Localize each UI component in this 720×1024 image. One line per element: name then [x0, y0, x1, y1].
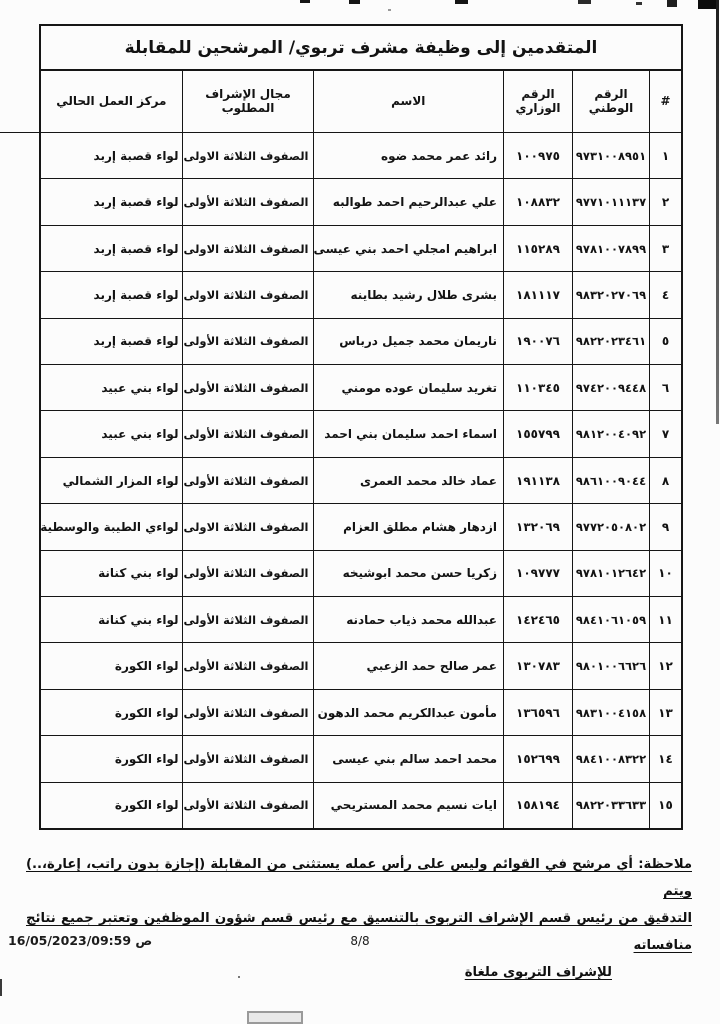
cell-ministry-id: ١١٥٢٨٩: [504, 226, 572, 272]
cell-supervision-field: الصفوف الثلاثة الأولى: [183, 458, 312, 504]
cell-supervision-field: الصفوف الثلاثة الأولى: [183, 643, 312, 689]
cell-supervision-field: الصفوف الثلاثة الأولى: [183, 319, 312, 365]
cell-ministry-id: ١٣٢٠٦٩: [504, 504, 572, 550]
cell-national-id: ٩٨٤١٠٠٨٣٢٢: [573, 736, 649, 782]
header-ministry-id: الرقم الوزاري: [504, 71, 572, 133]
cell-supervision-field: الصفوف الثلاثة الأولى: [183, 783, 312, 828]
note-line-3: للإشراف التربوى ملغاة: [26, 959, 692, 986]
cell-name: اسماء احمد سليمان بني احمد: [314, 411, 504, 457]
cell-index: ٩: [650, 504, 681, 550]
cell-work-center: لواء الكورة: [40, 690, 182, 736]
cell-work-center: لواء بني كنانة: [40, 597, 182, 643]
cell-index: ١٤: [650, 736, 681, 782]
cell-ministry-id: ١٣٠٧٨٣: [504, 643, 572, 689]
cell-index: ٥: [650, 319, 681, 365]
scan-artifact: [716, 0, 719, 424]
cell-index: ١١: [650, 597, 681, 643]
cell-ministry-id: ١١٠٣٤٥: [504, 365, 572, 411]
note-line-1: ملاحظة: أي مرشح في القوائم وليس على رأس …: [26, 851, 692, 905]
cell-national-id: ٩٨٤١٠٦١٠٥٩: [573, 597, 649, 643]
column-work-center: مركز العمل الحالي لواء قصبة إربدلواء قصب…: [39, 71, 182, 828]
cell-supervision-field: الصفوف الثلاثة الأولى: [183, 690, 312, 736]
cell-index: ١٣: [650, 690, 681, 736]
scan-artifact: [698, 0, 716, 9]
cell-supervision-field: الصفوف الثلاثة الاولى: [183, 272, 312, 318]
cell-ministry-id: ١٩١١٣٨: [504, 458, 572, 504]
cell-name: ايات نسيم محمد المستريحي: [314, 783, 504, 828]
column-national-id-cells: ٩٧٣١٠٠٨٩٥١٩٧٧١٠١١١٣٧٩٧٨١٠٠٧٨٩٩٩٨٣٢٠٢٧٠٦٩…: [573, 133, 649, 828]
column-index-cells: ١٢٣٤٥٦٧٨٩١٠١١١٢١٣١٤١٥: [650, 133, 681, 828]
cell-name: محمد احمد سالم بني عيسى: [314, 736, 504, 782]
cell-ministry-id: ١٥٢٦٩٩: [504, 736, 572, 782]
cell-name: ابراهيم امجلي احمد بني عيسى: [314, 226, 504, 272]
cell-work-center: لواء قصبة إربد: [40, 179, 182, 225]
applicants-table: المتقدمين إلى وظيفة مشرف تربوي/ المرشحين…: [39, 24, 683, 830]
column-supervision-field-cells: الصفوف الثلاثة الاولىالصفوف الثلاثة الأو…: [183, 133, 312, 828]
cell-index: ٤: [650, 272, 681, 318]
cell-supervision-field: الصفوف الثلاثة الأولى: [183, 411, 312, 457]
header-interview-date: تاريخ المقابلة: [0, 71, 39, 133]
cell-supervision-field: الصفوف الثلاثة الاولى: [183, 226, 312, 272]
column-supervision-field: مجال الإشراف المطلوب الصفوف الثلاثة الاو…: [182, 71, 312, 828]
column-interview-date: تاريخ المقابلة الثلاثاء ٦-٠٦-٢٠٢٣: [0, 71, 39, 828]
scan-artifact: [455, 0, 468, 4]
cell-national-id: ٩٧٤٢٠٠٩٤٤٨: [573, 365, 649, 411]
cell-work-center: لواء الكورة: [40, 736, 182, 782]
cell-ministry-id: ١٠٩٧٧٧: [504, 551, 572, 597]
cell-national-id: ٩٧٣١٠٠٨٩٥١: [573, 133, 649, 179]
cell-national-id: ٩٨٣٢٠٢٧٠٦٩: [573, 272, 649, 318]
scan-artifact: [388, 9, 391, 11]
cell-supervision-field: الصفوف الثلاثة الأولى: [183, 365, 312, 411]
cell-supervision-field: الصفوف الثلاثة الأولى: [183, 551, 312, 597]
table-body: # ١٢٣٤٥٦٧٨٩١٠١١١٢١٣١٤١٥ الرقم الوطني ٩٧٣…: [41, 71, 681, 828]
column-ministry-id-cells: ١٠٠٩٧٥١٠٨٨٣٢١١٥٢٨٩١٨١١١٧١٩٠٠٧٦١١٠٣٤٥١٥٥٧…: [504, 133, 572, 828]
cell-work-center: لواء قصبة إربد: [40, 226, 182, 272]
table-title: المتقدمين إلى وظيفة مشرف تربوي/ المرشحين…: [41, 26, 681, 71]
header-national-id: الرقم الوطني: [573, 71, 649, 133]
column-index: # ١٢٣٤٥٦٧٨٩١٠١١١٢١٣١٤١٥: [649, 71, 681, 828]
cell-work-center: لواءي الطيبة والوسطية: [40, 504, 182, 550]
cell-supervision-field: الصفوف الثلاثة الاولى: [183, 133, 312, 179]
cell-name: ازدهار هشام مطلق العزام: [314, 504, 504, 550]
cell-national-id: ٩٨٢٢٠٣٣٦٣٣: [573, 783, 649, 828]
cell-work-center: لواء قصبة إربد: [40, 133, 182, 179]
cell-ministry-id: ١٥٥٧٩٩: [504, 411, 572, 457]
cell-national-id: ٩٨٠١٠٠٦٦٢٦: [573, 643, 649, 689]
cell-work-center: لواء الكورة: [40, 643, 182, 689]
cell-name: عبدالله محمد ذياب حمادنه: [314, 597, 504, 643]
cell-national-id: ٩٨١٢٠٠٤٠٩٢: [573, 411, 649, 457]
cell-index: ١٢: [650, 643, 681, 689]
note-line-2: التدقيق من رئيس قسم الإشراف التربوى بالت…: [26, 905, 692, 959]
cell-name: زكريا حسن محمد ابوشيخه: [314, 551, 504, 597]
cell-ministry-id: ١٨١١١٧: [504, 272, 572, 318]
cell-name: بشرى طلال رشيد بطاينه: [314, 272, 504, 318]
cell-name: علي عبدالرحيم احمد طوالبه: [314, 179, 504, 225]
cell-index: ١٥: [650, 783, 681, 828]
cell-index: ٨: [650, 458, 681, 504]
cell-ministry-id: ١٠٠٩٧٥: [504, 133, 572, 179]
cell-name: تغريد سليمان عوده مومني: [314, 365, 504, 411]
cell-name: مأمون عبدالكريم محمد الدهون: [314, 690, 504, 736]
cell-national-id: ٩٨٦١٠٠٩٠٤٤: [573, 458, 649, 504]
cell-work-center: لواء بني عبيد: [40, 365, 182, 411]
scan-artifact: [349, 0, 360, 4]
cell-index: ٧: [650, 411, 681, 457]
print-timestamp: 16/05/2023/09:59 ص: [8, 933, 152, 948]
cell-name: عماد خالد محمد العمرى: [314, 458, 504, 504]
cell-supervision-field: الصفوف الثلاثة الأولى: [183, 597, 312, 643]
scan-artifact: [667, 0, 677, 7]
scan-artifact: [300, 0, 310, 3]
cell-name: عمر صالح حمد الزعبي: [314, 643, 504, 689]
cell-index: ٣: [650, 226, 681, 272]
column-ministry-id: الرقم الوزاري ١٠٠٩٧٥١٠٨٨٣٢١١٥٢٨٩١٨١١١٧١٩…: [503, 71, 572, 828]
column-work-center-cells: لواء قصبة إربدلواء قصبة إربدلواء قصبة إر…: [40, 133, 182, 828]
cell-index: ١٠: [650, 551, 681, 597]
cell-ministry-id: ١٩٠٠٧٦: [504, 319, 572, 365]
cell-work-center: لواء قصبة إربد: [40, 272, 182, 318]
cell-supervision-field: الصفوف الثلاثة الأولى: [183, 736, 312, 782]
cell-ministry-id: ١٠٨٨٣٢: [504, 179, 572, 225]
scan-artifact: [0, 979, 2, 996]
header-index: #: [650, 71, 681, 133]
cell-name: ناريمان محمد جميل درباس: [314, 319, 504, 365]
cell-ministry-id: ١٤٢٤٦٥: [504, 597, 572, 643]
scan-artifact: [636, 2, 642, 5]
interview-date-cell: الثلاثاء ٦-٠٦-٢٠٢٣: [0, 133, 39, 828]
column-name-cells: رائد عمر محمد ضوهعلي عبدالرحيم احمد طوال…: [314, 133, 504, 828]
cell-national-id: ٩٧٧٢٠٥٠٨٠٢: [573, 504, 649, 550]
column-name: الاسم رائد عمر محمد ضوهعلي عبدالرحيم احم…: [313, 71, 504, 828]
cell-national-id: ٩٨٣١٠٠٤١٥٨: [573, 690, 649, 736]
cell-work-center: لواء بني عبيد: [40, 411, 182, 457]
header-supervision-field: مجال الإشراف المطلوب: [183, 71, 312, 133]
header-name: الاسم: [314, 71, 504, 133]
cell-national-id: ٩٧٨١٠١٢٦٤٢: [573, 551, 649, 597]
cell-index: ٦: [650, 365, 681, 411]
cell-work-center: لواء الكورة: [40, 783, 182, 828]
cell-supervision-field: الصفوف الثلاثة الأولى: [183, 179, 312, 225]
cell-national-id: ٩٧٨١٠٠٧٨٩٩: [573, 226, 649, 272]
cell-work-center: لواء بني كنانة: [40, 551, 182, 597]
cell-national-id: ٩٧٧١٠١١١٣٧: [573, 179, 649, 225]
cell-work-center: لواء المزار الشمالي: [40, 458, 182, 504]
document-page: المتقدمين إلى وظيفة مشرف تربوي/ المرشحين…: [0, 0, 720, 1024]
cell-national-id: ٩٨٢٢٠٢٣٤٦١: [573, 319, 649, 365]
note: ملاحظة: أي مرشح في القوائم وليس على رأس …: [26, 851, 692, 986]
cell-ministry-id: ١٣٦٥٩٦: [504, 690, 572, 736]
scan-artifact: [578, 0, 591, 4]
cell-supervision-field: الصفوف الثلاثة الاولى: [183, 504, 312, 550]
scan-artifact: [247, 1011, 303, 1024]
cell-ministry-id: ١٥٨١٩٤: [504, 783, 572, 828]
cell-name: رائد عمر محمد ضوه: [314, 133, 504, 179]
cell-work-center: لواء قصبة إربد: [40, 319, 182, 365]
header-work-center: مركز العمل الحالي: [40, 71, 182, 133]
cell-index: ٢: [650, 179, 681, 225]
cell-index: ١: [650, 133, 681, 179]
column-national-id: الرقم الوطني ٩٧٣١٠٠٨٩٥١٩٧٧١٠١١١٣٧٩٧٨١٠٠٧…: [572, 71, 649, 828]
